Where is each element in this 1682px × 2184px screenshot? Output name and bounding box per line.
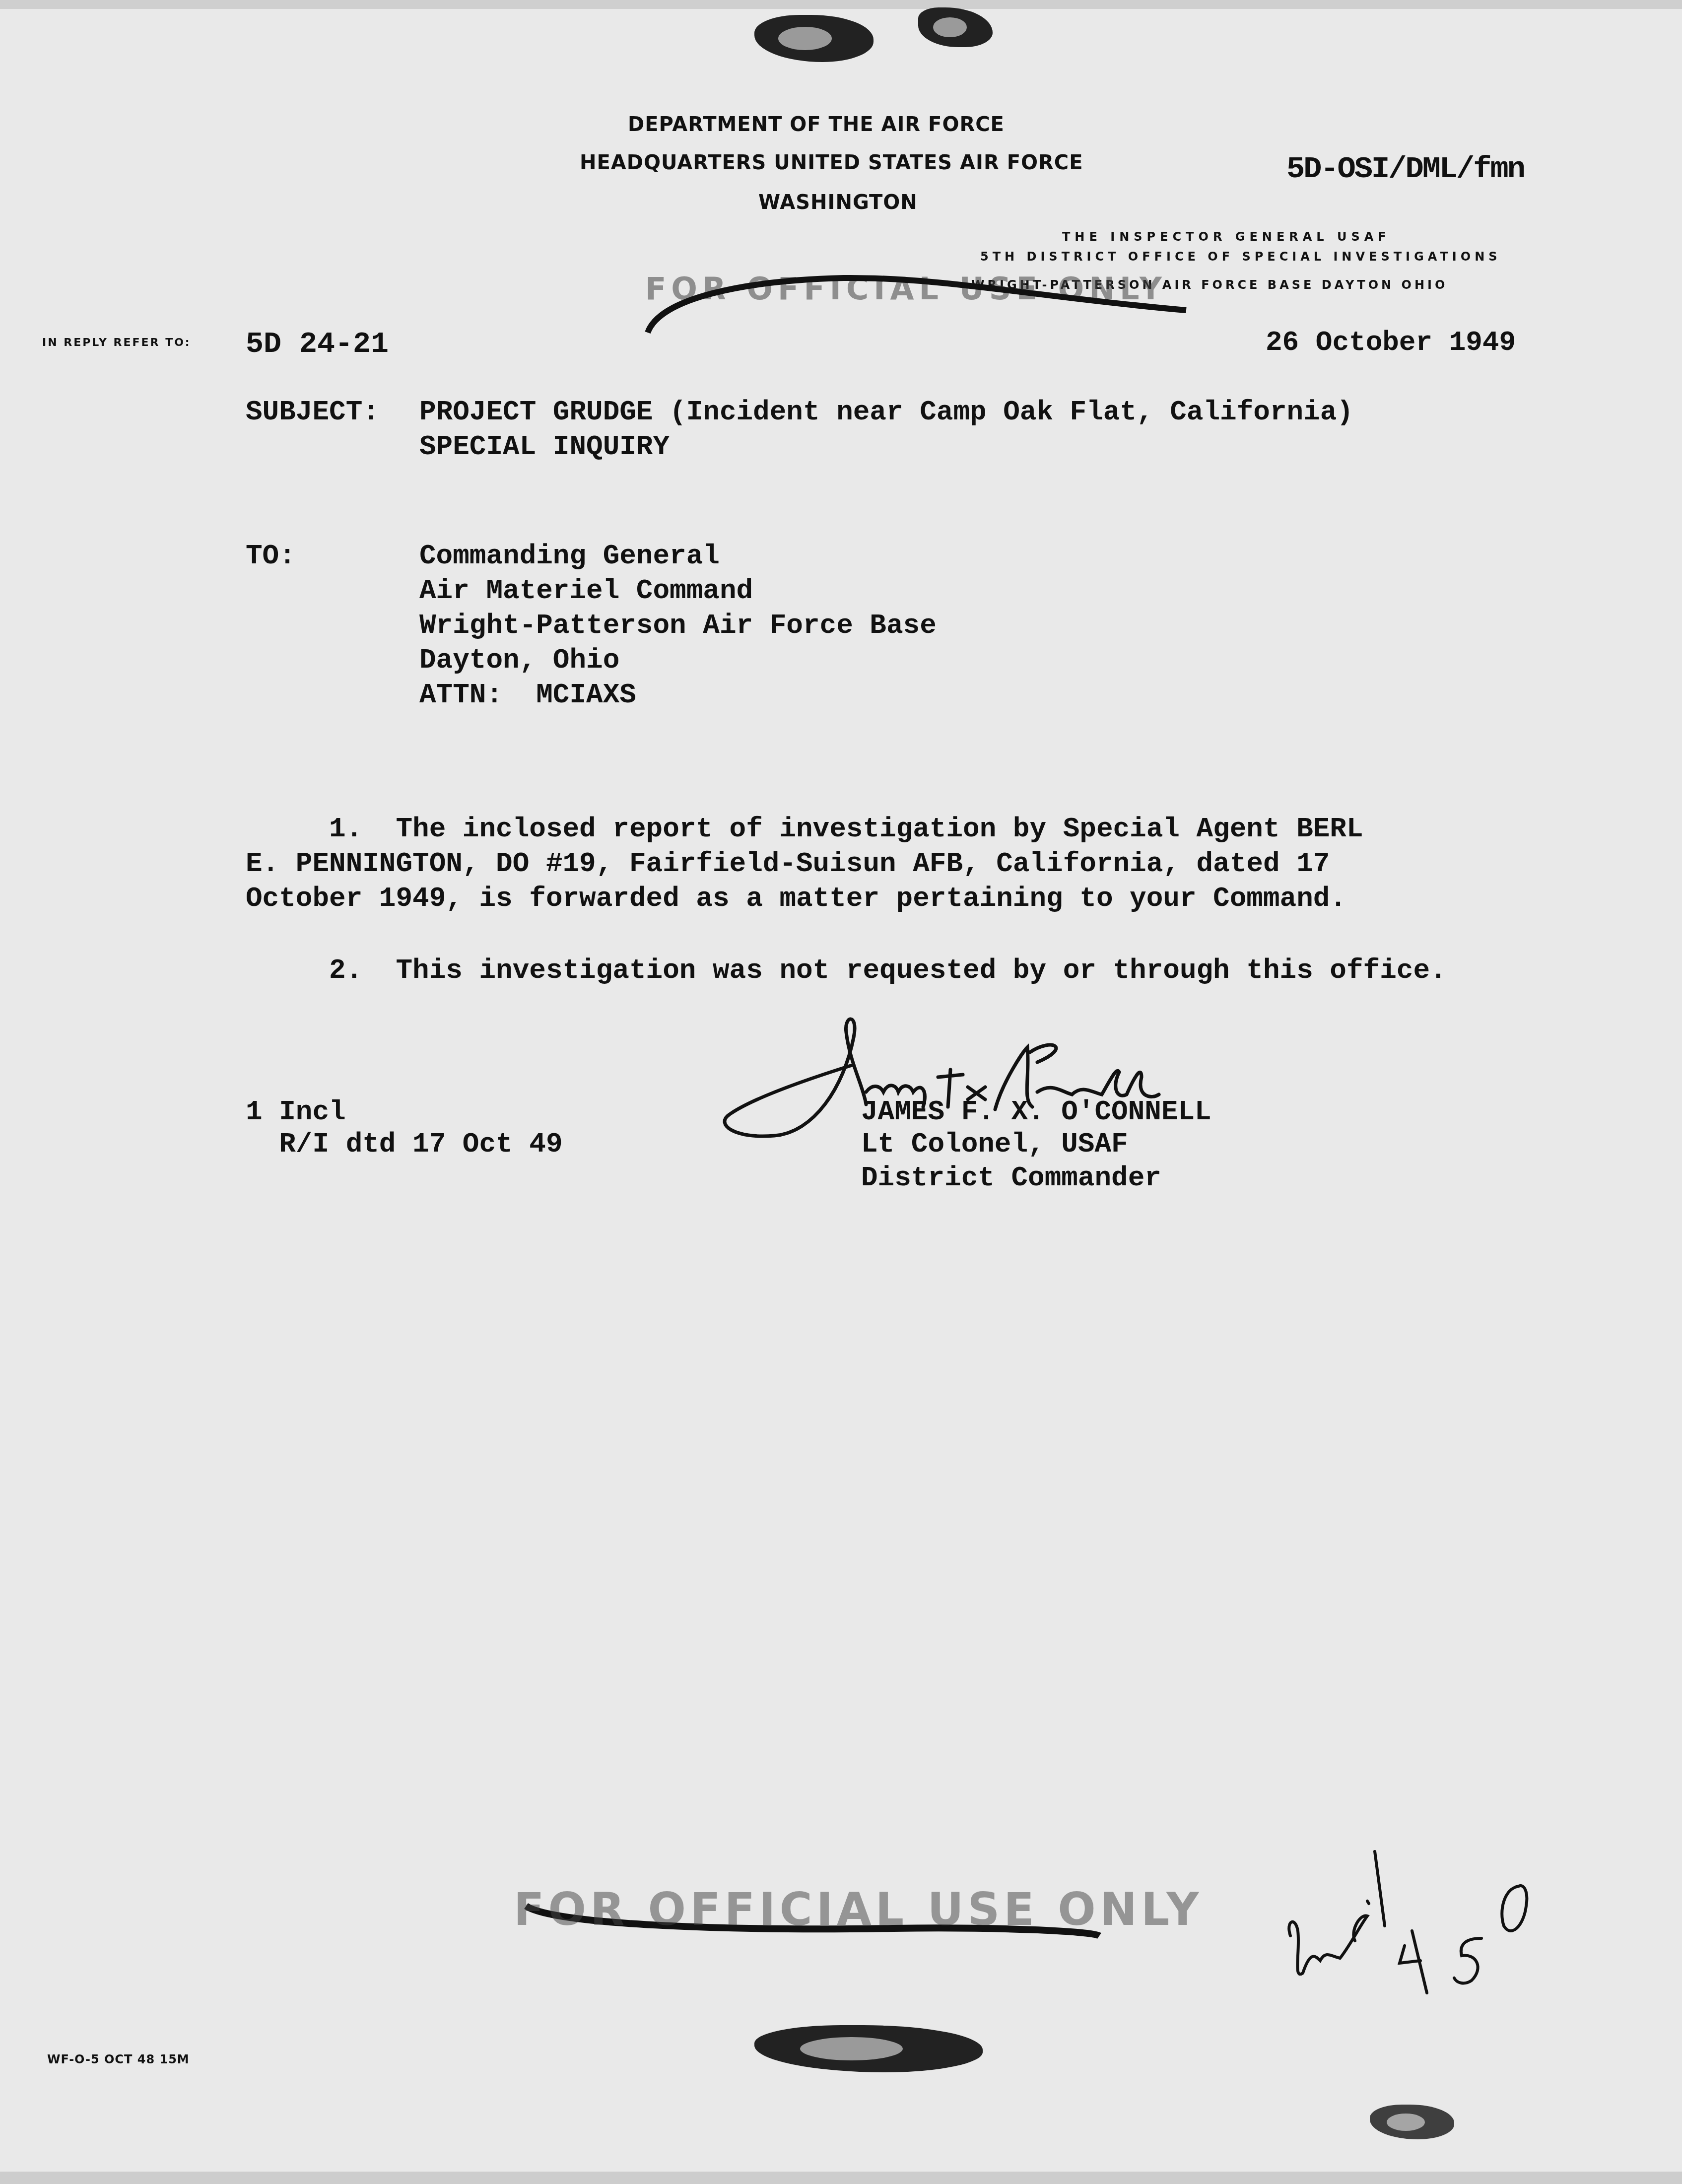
signer-title: District Commander: [861, 1160, 1161, 1195]
handwritten-number: 450: [1405, 1881, 1406, 1882]
handwritten-note: Incl 1: [1290, 1881, 1292, 1882]
official-use-stamp-strike-top: [648, 278, 1186, 333]
signature-text: James F.X. O'Connell: [844, 1042, 850, 1043]
signer-rank: Lt Colonel, USAF: [861, 1127, 1128, 1161]
form-code: WF-O-5 OCT 48 15M: [47, 2052, 190, 2066]
handwritten-annotation: [1289, 1851, 1527, 1993]
signer-name: JAMES F. X. O'CONNELL: [861, 1094, 1211, 1129]
official-use-stamp-bottom: FOR OFFICIAL USE ONLY: [514, 1884, 1203, 1936]
ink-marks-layer: [0, 0, 1682, 2184]
